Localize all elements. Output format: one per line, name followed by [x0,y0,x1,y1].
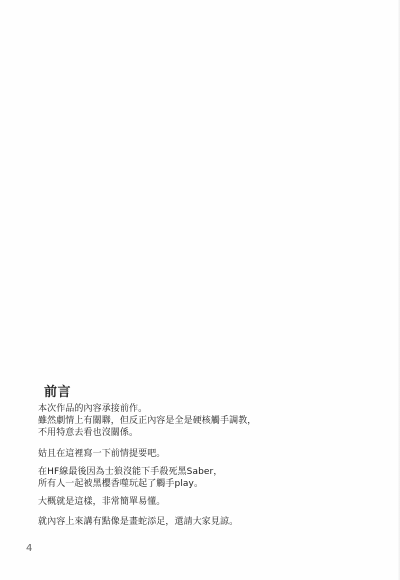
paragraph-1-line-3: 不用特意去看也沒關係。 [38,428,138,439]
paragraph-1-line-1: 本次作品的內容承接前作。 [38,404,147,415]
page-number: 4 [26,543,32,554]
paragraph-3-line-1: 在HF線最後因為士狼沒能下手殺死黑Saber， [38,467,222,478]
paragraph-1-line-2: 雖然劇情上有關聯，但反正內容是全是硬核觸手調教， [38,416,256,427]
paragraph-2-line-1: 姑且在這裡寫一下前情提要吧。 [38,449,165,460]
paragraph-4-line-1: 大概就是這樣，非常簡單易懂。 [38,497,165,508]
paragraph-3-line-2: 所有人一起被黑櫻香噬玩起了觸手play。 [38,479,203,490]
paragraph-5-line-1: 就內容上來講有點像是畫蛇添足，還請大家見諒。 [38,517,238,528]
document-page: 前言 本次作品的內容承接前作。 雖然劇情上有關聯，但反正內容是全是硬核觸手調教，… [0,0,400,580]
section-heading: 前言 [44,381,71,400]
